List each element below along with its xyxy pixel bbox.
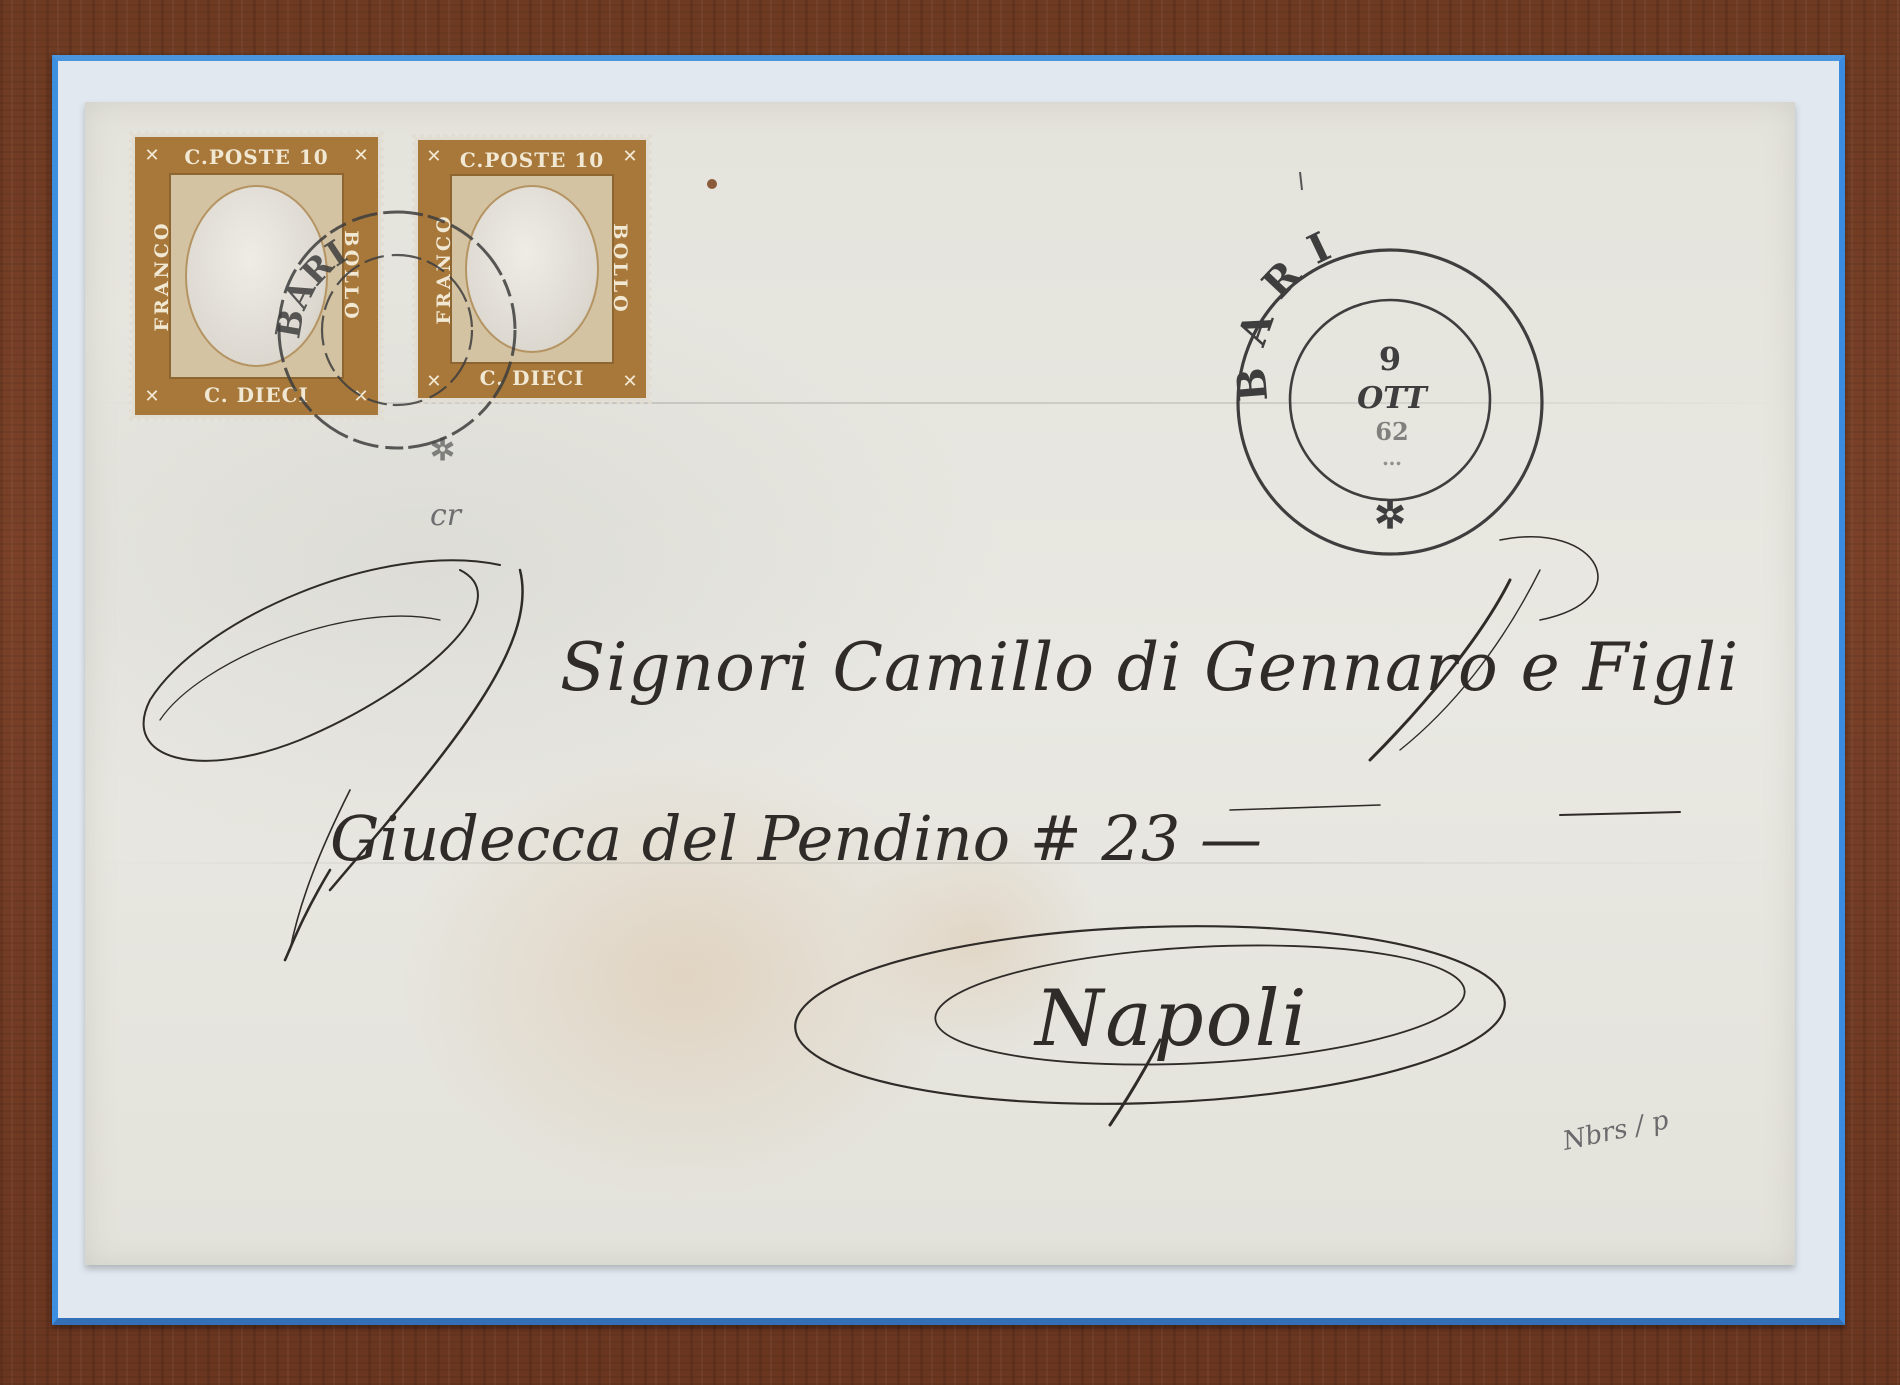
stamp-corner-ornament-icon: ✕ xyxy=(418,140,450,174)
stamp-portrait-embossed xyxy=(185,185,329,367)
paper-fold xyxy=(85,862,1795,864)
stamp-corner-ornament-icon: ✕ xyxy=(614,140,646,174)
stamp-bottom-text: C. DIECI xyxy=(135,383,378,407)
stamp-right-text: BOLLO xyxy=(609,223,631,314)
stamp-bottom-text: C. DIECI xyxy=(418,366,646,390)
stamp-top-text: C.POSTE 10 xyxy=(135,145,378,169)
stamp-corner-ornament-icon: ✕ xyxy=(344,379,378,415)
stamp-right: C.POSTE 10 C. DIECI FRANCO BOLLO ✕ ✕ ✕ ✕ xyxy=(418,140,646,398)
stamp-corner-ornament-icon: ✕ xyxy=(135,379,169,415)
stamp-corner-ornament-icon: ✕ xyxy=(418,364,450,398)
stamp-top-text: C.POSTE 10 xyxy=(418,148,646,172)
stamp-corner-ornament-icon: ✕ xyxy=(614,364,646,398)
stamp-left: C.POSTE 10 C. DIECI FRANCO BOLLO ✕ ✕ ✕ ✕ xyxy=(135,137,378,415)
stamp-frame xyxy=(450,174,614,365)
stamp-corner-ornament-icon: ✕ xyxy=(135,137,169,173)
stamp-portrait-embossed xyxy=(465,185,600,353)
stamp-right-text: BOLLO xyxy=(340,230,362,321)
stamp-corner-ornament-icon: ✕ xyxy=(344,137,378,173)
stamp-frame xyxy=(169,173,344,379)
stamp-left-text: FRANCO xyxy=(433,213,455,324)
stamp-left-text: FRANCO xyxy=(151,220,173,331)
